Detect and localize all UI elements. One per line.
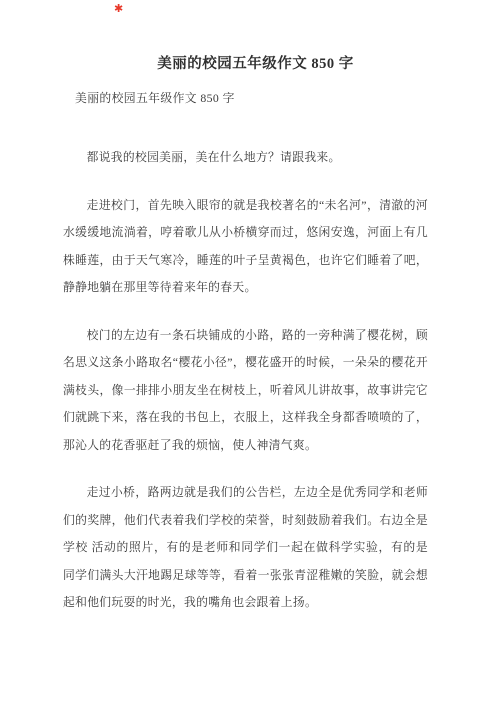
essay-document: 美丽的校园五年级作文 850 字 美丽的校园五年级作文 850 字 都说我的校园… [0,0,500,617]
essay-title: 美丽的校园五年级作文 850 字 [83,52,428,76]
essay-subtitle: 美丽的校园五年级作文 850 字 [75,88,428,108]
document-page: ✱ 美丽的校园五年级作文 850 字 美丽的校园五年级作文 850 字 都说我的… [0,0,500,707]
essay-paragraph: 都说我的校园美丽，美在什么地方？请跟我来。 [63,144,428,172]
essay-paragraph: 走过小桥，路两边就是我们的公告栏，左边全是优秀同学和老师们的奖牌，他们代表着我们… [63,479,428,617]
essay-paragraph: 校门的左边有一条石块铺成的小路，路的一旁种满了樱花树，顾名思义这条小路取名“樱花… [63,322,428,460]
red-mark-icon: ✱ [114,3,123,14]
essay-paragraph: 走进校门，首先映入眼帘的就是我校著名的“未名河”，清澈的河水缓缓地流淌着，哼着歌… [63,192,428,302]
